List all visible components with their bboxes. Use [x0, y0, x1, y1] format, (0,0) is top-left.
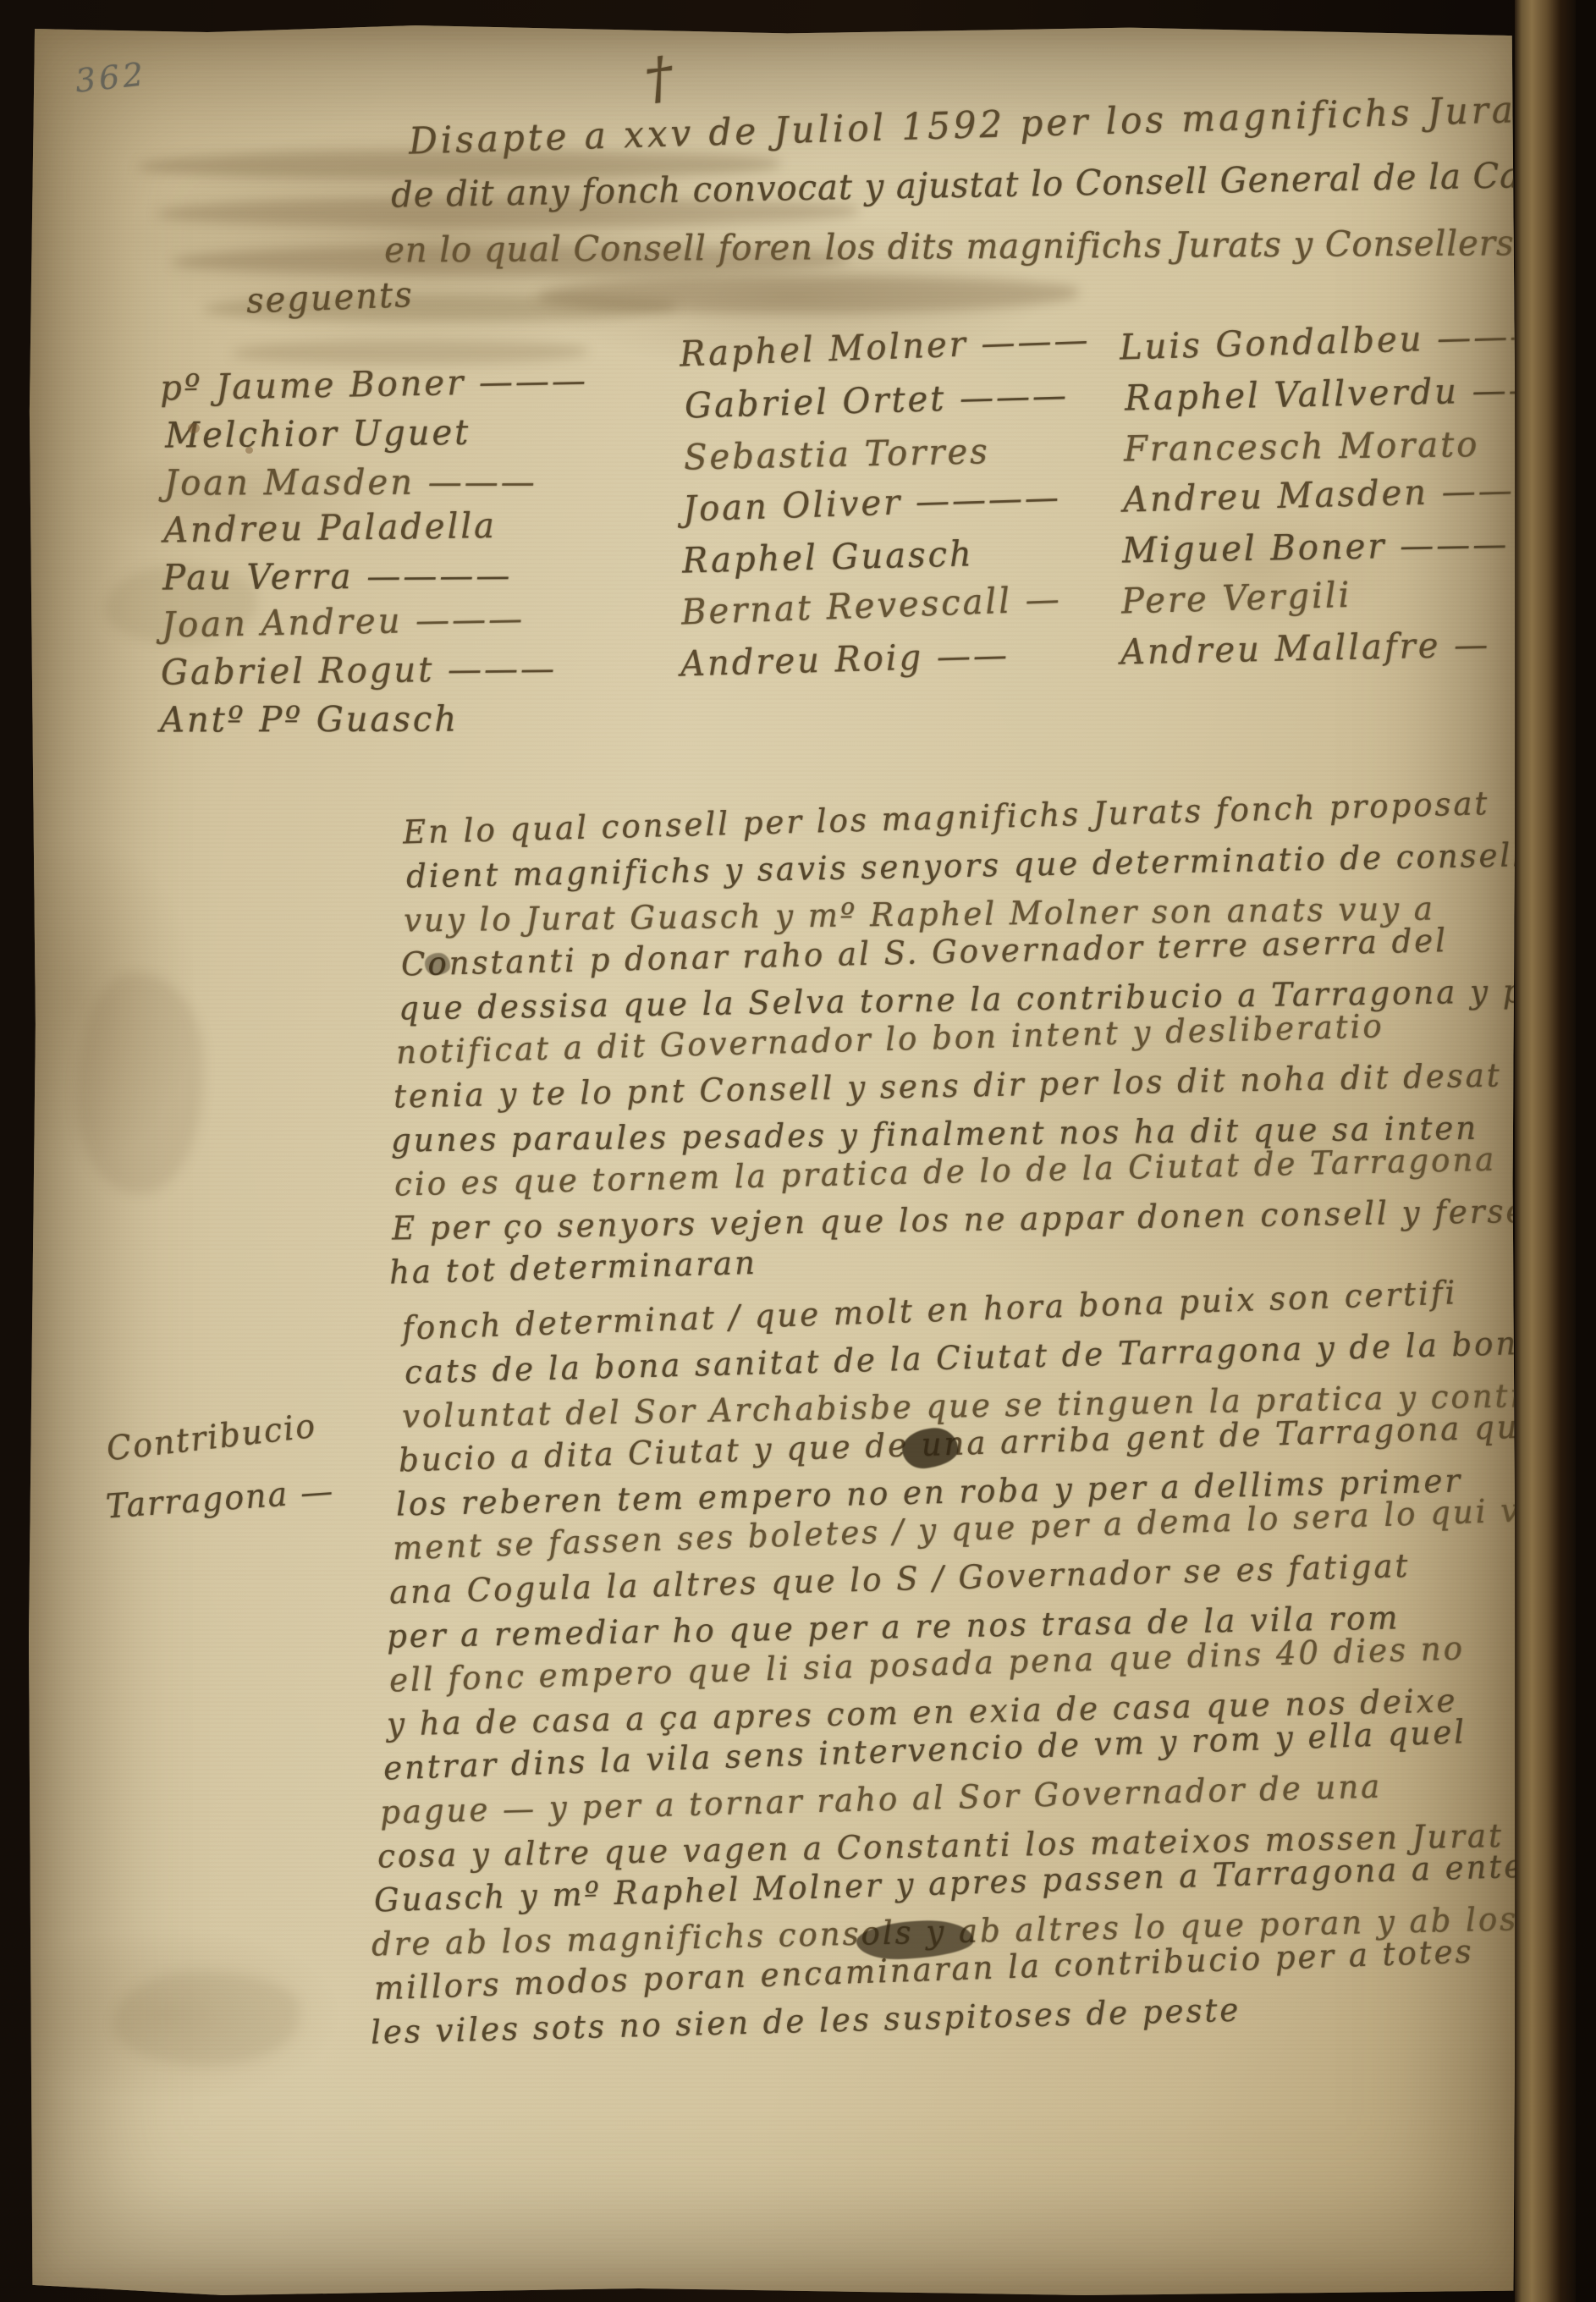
attendee-name: Raphel Molner ——— — [679, 320, 1091, 375]
margin-note-line: Tarragona — — [104, 1471, 335, 1526]
attendee-name: Joan Oliver ———— — [682, 477, 1061, 530]
attendee-name: Miguel Boner ——— — [1122, 524, 1510, 571]
attendee-name: Andreu Masden ——— — [1122, 470, 1551, 520]
rust-speck — [188, 423, 200, 433]
manuscript-page: 362 † Disapte a xxv de Juliol 1592 per l… — [29, 25, 1516, 2295]
ink-bleedthrough — [76, 973, 203, 1193]
attendee-name: pº Jaume Boner ——— — [160, 361, 589, 409]
attendee-name: Luis Gondalbeu ——— — [1119, 316, 1546, 368]
ink-blot — [425, 953, 450, 975]
attendee-name: Andreu Mallafre — — [1120, 625, 1490, 673]
ink-bleedthrough — [232, 340, 587, 364]
cross-mark: † — [641, 44, 677, 113]
attendee-name: Bernat Revescall — — [680, 579, 1062, 633]
margin-note-line: Contribucio — [104, 1406, 318, 1468]
attendee-name: Melchior Uguet — [165, 412, 471, 456]
attendee-name: Raphel Vallverdu —— — [1124, 370, 1544, 419]
ink-bleedthrough — [113, 1972, 300, 2065]
body-line: E per ço senyors vejen que los ne appar … — [392, 1192, 1527, 1247]
body-line: ha tot determinaran — [388, 1243, 757, 1291]
manuscript-scan: 362 † Disapte a xxv de Juliol 1592 per l… — [0, 0, 1596, 2302]
rust-speck — [245, 447, 253, 454]
attendee-name: Sebastia Torres — [684, 432, 990, 478]
ink-bleedthrough — [171, 245, 848, 276]
attendee-name: Gabriel Rogut ——— — [161, 648, 557, 693]
attendee-name: Andreu Paladella — [163, 505, 497, 550]
attendee-name: Antº Pº Guasch — [160, 699, 459, 741]
book-fore-edge — [1515, 0, 1576, 2302]
attendee-name: Raphel Guasch — [681, 534, 974, 581]
attendee-name: Francesch Morato — [1124, 425, 1480, 470]
attendee-name: Gabriel Ortet ——— — [684, 375, 1069, 426]
ink-bleedthrough — [156, 198, 858, 227]
ink-bleedthrough — [537, 276, 1078, 313]
ink-bleedthrough — [105, 567, 257, 643]
folio-number: 362 — [74, 55, 149, 100]
attendee-name: Andreu Roig —— — [680, 635, 1010, 685]
attendee-name: Joan Masden ——— — [164, 462, 537, 504]
attendee-name: Pere Vergili — [1120, 575, 1352, 622]
ink-bleedthrough — [137, 151, 780, 179]
